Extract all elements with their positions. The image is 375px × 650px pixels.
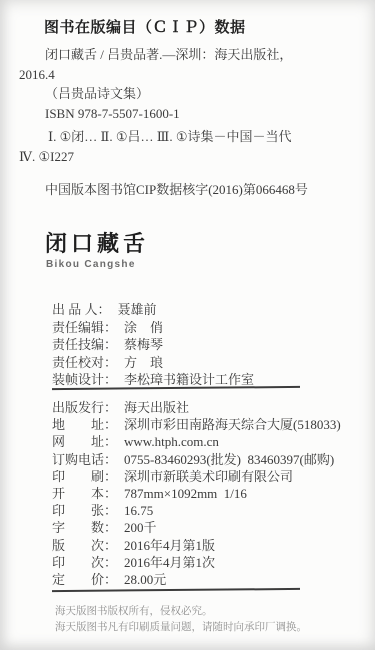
- publication-row: 印 次： 2016年4月第1次: [52, 554, 341, 571]
- cip-classification: Ⅰ. ①闭… Ⅱ. ①吕… Ⅲ. ①诗集－中国－当代 Ⅳ. ①I227: [19, 127, 291, 167]
- publication-row: 字 数： 200千: [52, 519, 341, 536]
- publication-value: 200千: [124, 519, 157, 536]
- publication-value: 787mm×1092mm 1/16: [124, 485, 247, 502]
- credit-label: 责任校对：: [52, 354, 117, 372]
- credit-label: 装帧设计：: [52, 371, 117, 389]
- cip-heading: 图书在版编目（ＣＩＰ）数据: [44, 16, 246, 37]
- publication-row: 印 刷： 深圳市新联美术印刷有限公司: [52, 468, 341, 485]
- cip-line: 2016.4: [19, 65, 292, 85]
- cip-isbn: ISBN 978-7-5507-1600-1: [19, 104, 292, 124]
- publication-label: 订购电话：: [52, 451, 117, 468]
- credit-value: 聂雄前: [118, 301, 157, 319]
- publication-row: 订购电话： 0755-83460293(批发) 83460397(邮购): [52, 451, 341, 468]
- cip-description: 闭口藏舌 / 吕贵品著.—深圳：海天出版社， 2016.4 （吕贵品诗文集） I…: [19, 45, 292, 123]
- credits-list: 出 品 人： 聂雄前 责任编辑： 涂 俏 责任技编： 蔡梅琴 责任校对： 方 琅…: [52, 301, 254, 389]
- publication-label: 印 刷：: [52, 468, 117, 485]
- publication-label: 地 址：: [52, 416, 117, 433]
- credit-row: 责任技编： 蔡梅琴: [52, 336, 254, 354]
- publication-row: 网 址： www.htph.com.cn: [52, 433, 341, 450]
- publication-label: 字 数：: [52, 519, 117, 536]
- cip-class-line: Ⅰ. ①闭… Ⅱ. ①吕… Ⅲ. ①诗集－中国－当代: [19, 127, 291, 147]
- copyright-notices: 海天版图书版权所有，侵权必究。 海天版图书凡有印刷质量问题，请随时向承印厂调换。: [55, 604, 307, 635]
- credit-label: 责任编辑：: [52, 319, 117, 337]
- publication-row: 印 张： 16.75: [52, 502, 341, 519]
- publication-row: 出版发行： 海天出版社: [52, 399, 341, 416]
- credit-label: 出 品 人：: [52, 301, 111, 319]
- publication-label: 出版发行：: [52, 399, 117, 416]
- cip-line: 闭口藏舌 / 吕贵品著.—深圳：海天出版社，: [19, 45, 292, 65]
- publication-value: 深圳市彩田南路海天综合大厦(518033): [124, 416, 341, 433]
- credit-row: 出 品 人： 聂雄前: [52, 301, 254, 319]
- publication-row: 开 本： 787mm×1092mm 1/16: [52, 485, 341, 502]
- copyright-notice: 海天版图书版权所有，侵权必究。: [55, 604, 307, 620]
- publication-label: 印 次：: [52, 554, 117, 571]
- publication-row: 地 址： 深圳市彩田南路海天综合大厦(518033): [52, 416, 341, 433]
- credit-row: 责任编辑： 涂 俏: [52, 319, 254, 337]
- credit-value: 蔡梅琴: [124, 336, 163, 354]
- publication-value: 2016年4月第1版: [124, 537, 215, 554]
- publication-label: 定 价：: [52, 571, 117, 588]
- publication-value: 28.00元: [124, 571, 166, 588]
- divider-bottom: [52, 588, 300, 592]
- cip-registry-number: 中国版本图书馆CIP数据核字(2016)第066468号: [45, 179, 308, 198]
- credit-value: 涂 俏: [124, 319, 163, 337]
- publication-value: 16.75: [124, 502, 153, 519]
- credit-value: 方 琅: [124, 354, 163, 372]
- publication-label: 印 张：: [52, 502, 117, 519]
- publication-value: 深圳市新联美术印刷有限公司: [124, 468, 293, 485]
- book-copyright-page: 图书在版编目（ＣＩＰ）数据 闭口藏舌 / 吕贵品著.—深圳：海天出版社， 201…: [0, 0, 375, 650]
- credit-label: 责任技编：: [52, 336, 117, 354]
- publication-value: 2016年4月第1次: [124, 554, 215, 571]
- publication-row: 定 价： 28.00元: [52, 571, 341, 588]
- cip-line: （吕贵品诗文集）: [19, 84, 292, 104]
- publication-value: 0755-83460293(批发) 83460397(邮购): [124, 451, 334, 468]
- book-title: 闭口藏舌: [45, 227, 149, 258]
- publication-label: 开 本：: [52, 485, 117, 502]
- publication-info-list: 出版发行： 海天出版社 地 址： 深圳市彩田南路海天综合大厦(518033) 网…: [52, 399, 341, 588]
- publication-value: www.htph.com.cn: [124, 433, 219, 450]
- print-quality-notice: 海天版图书凡有印刷质量问题，请随时向承印厂调换。: [55, 620, 307, 636]
- credit-row: 责任校对： 方 琅: [52, 354, 254, 372]
- publication-row: 版 次： 2016年4月第1版: [52, 537, 341, 554]
- book-title-pinyin: Bikou Cangshe: [46, 259, 136, 270]
- cip-class-line: Ⅳ. ①I227: [19, 147, 291, 167]
- publication-label: 网 址：: [52, 433, 117, 450]
- publication-value: 海天出版社: [124, 399, 189, 416]
- publication-label: 版 次：: [52, 537, 117, 554]
